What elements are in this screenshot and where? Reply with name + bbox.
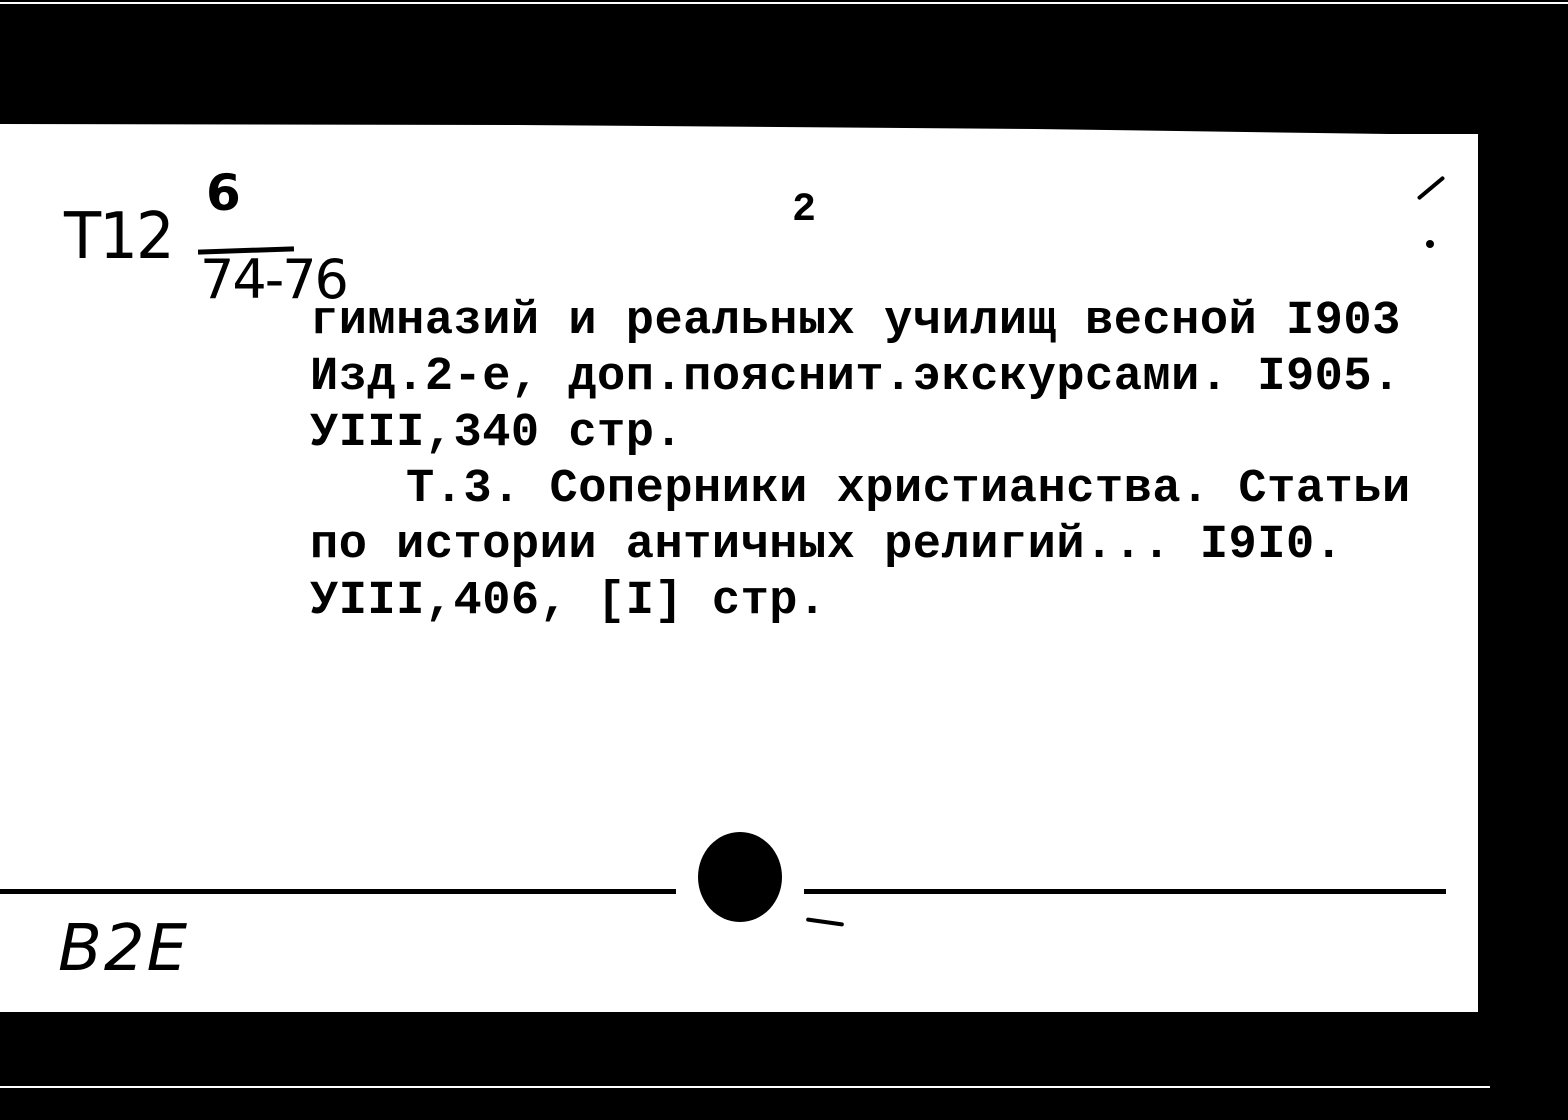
entry-line: Изд.2-е, доп.пояснит.экскурсами. I905. [310,350,1478,406]
shelfmark-main: T12 [64,200,173,274]
card-divider-line [804,889,1446,894]
punch-hole [698,832,782,922]
location-code: B2E [58,912,189,986]
scan-border-bottom [0,1086,1490,1088]
check-mark-icon [1417,176,1446,201]
catalog-card: T12 6 74-76 2 гимназий и реальных училищ… [0,124,1478,1012]
scan-border-top [0,2,1568,4]
entry-line: Т.3. Соперники христианства. Статьи [310,462,1478,518]
entry-line: по истории античных религий... I9I0. [310,518,1478,574]
dot-mark [1426,240,1434,248]
bibliographic-entry: гимназий и реальных училищ весной I903 И… [310,294,1478,630]
entry-line: гимназий и реальных училищ весной I903 [310,294,1478,350]
entry-line: УIII,406, [I] стр. [310,574,1478,630]
pen-mark [806,917,844,926]
card-divider-line [0,889,676,894]
entry-line: УIII,340 стр. [310,406,1478,462]
shelfmark-fraction-top: 6 [206,164,241,222]
card-page-number: 2 [792,188,816,233]
